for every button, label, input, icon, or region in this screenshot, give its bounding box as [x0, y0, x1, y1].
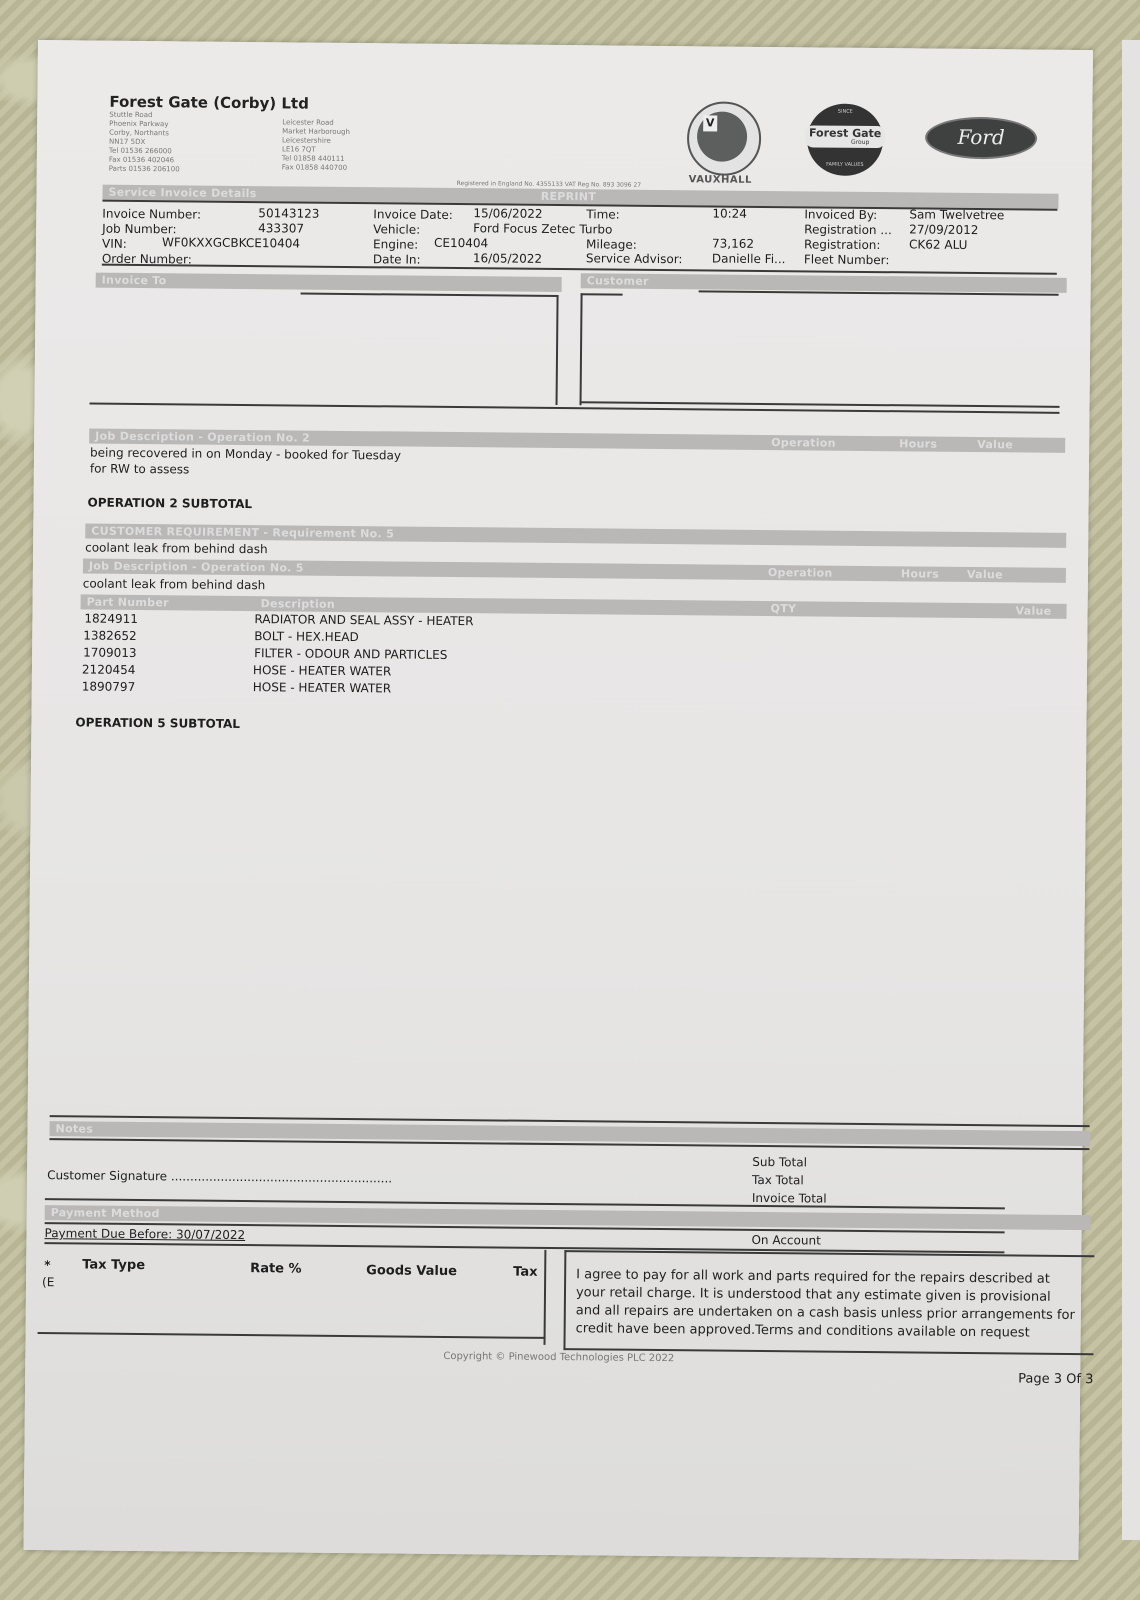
- operation-2-subtotal: OPERATION 2 SUBTOTAL: [87, 495, 252, 511]
- vauxhall-label: VAUXHALL: [689, 174, 752, 186]
- operation-2-line-1: being recovered in on Monday - booked fo…: [90, 446, 401, 463]
- table-row: 1824911 RADIATOR AND SEAL ASSY - HEATER: [38, 40, 1093, 50]
- vauxhall-logo-icon: V: [687, 101, 762, 176]
- invoice-to-bar: Invoice To: [96, 273, 562, 292]
- parts-list: 1824911 RADIATOR AND SEAL ASSY - HEATER …: [38, 40, 1093, 50]
- invoice-total-label: Invoice Total: [752, 1191, 827, 1206]
- invoice-date: 15/06/2022: [473, 206, 542, 221]
- copyright: Copyright © Pinewood Technologies PLC 20…: [443, 1352, 674, 1363]
- customer-signature-line: Customer Signature .....................…: [47, 1168, 392, 1185]
- engine: CE10404: [434, 236, 488, 251]
- invoiced-by: Sam Twelvetree: [909, 207, 1004, 222]
- time: 10:24: [712, 206, 747, 220]
- ford-logo-icon: Ford: [925, 117, 1037, 160]
- tax-table: * Tax Type Rate % Goods Value Tax (E: [38, 40, 1093, 50]
- requirement-text: coolant leak from behind dash: [85, 540, 268, 556]
- forest-gate-logo-icon: SINCE Forest Gate Group FAMILY VALUES: [807, 103, 884, 176]
- sub-total-label: Sub Total: [752, 1155, 807, 1170]
- company-name: Forest Gate (Corby) Ltd: [109, 93, 309, 113]
- customer-bar: Customer: [581, 273, 1067, 293]
- registration: CK62 ALU: [909, 237, 968, 252]
- page-number: Page 3 Of 3: [1018, 1371, 1093, 1387]
- invoice-number: 50143123: [258, 206, 319, 221]
- company-address-right: Leicester RoadMarket HarboroughLeicester…: [282, 118, 350, 173]
- payment-due: Payment Due Before: 30/07/2022: [44, 1226, 245, 1242]
- table-row: 2120454 HOSE - HEATER WATER: [38, 40, 1093, 50]
- terms-text: I agree to pay for all work and parts re…: [576, 1266, 1077, 1343]
- table-row: 1890797 HOSE - HEATER WATER: [38, 40, 1093, 50]
- invoice-page: Forest Gate (Corby) Ltd Stuttle RoadPhoe…: [24, 40, 1093, 1560]
- vehicle: Ford Focus Zetec Turbo: [473, 221, 612, 236]
- payment-method: On Account: [751, 1233, 820, 1248]
- operation-5-subtotal: OPERATION 5 SUBTOTAL: [75, 715, 240, 731]
- operation-5-text: coolant leak from behind dash: [83, 576, 266, 592]
- date-in: 16/05/2022: [473, 251, 542, 266]
- tax-total-label: Tax Total: [752, 1173, 804, 1187]
- parts-header: Part Number Description QTY Value: [81, 594, 1067, 618]
- registration-date: 27/09/2012: [909, 222, 978, 237]
- service-advisor: Danielle Fi...: [712, 251, 786, 266]
- job-number: 433307: [258, 221, 304, 235]
- table-row: 1709013 FILTER - ODOUR AND PARTICLES: [38, 40, 1093, 50]
- vin: WF0KXXGCBKCE10404: [162, 235, 300, 250]
- adjacent-sheet-edge: [1122, 40, 1140, 1540]
- company-address-left: Stuttle RoadPhoenix ParkwayCorby, Northa…: [109, 111, 181, 175]
- operation-2-line-2: for RW to assess: [90, 462, 190, 477]
- mileage: 73,162: [712, 236, 754, 250]
- table-row: 1382652 BOLT - HEX.HEAD: [38, 40, 1093, 50]
